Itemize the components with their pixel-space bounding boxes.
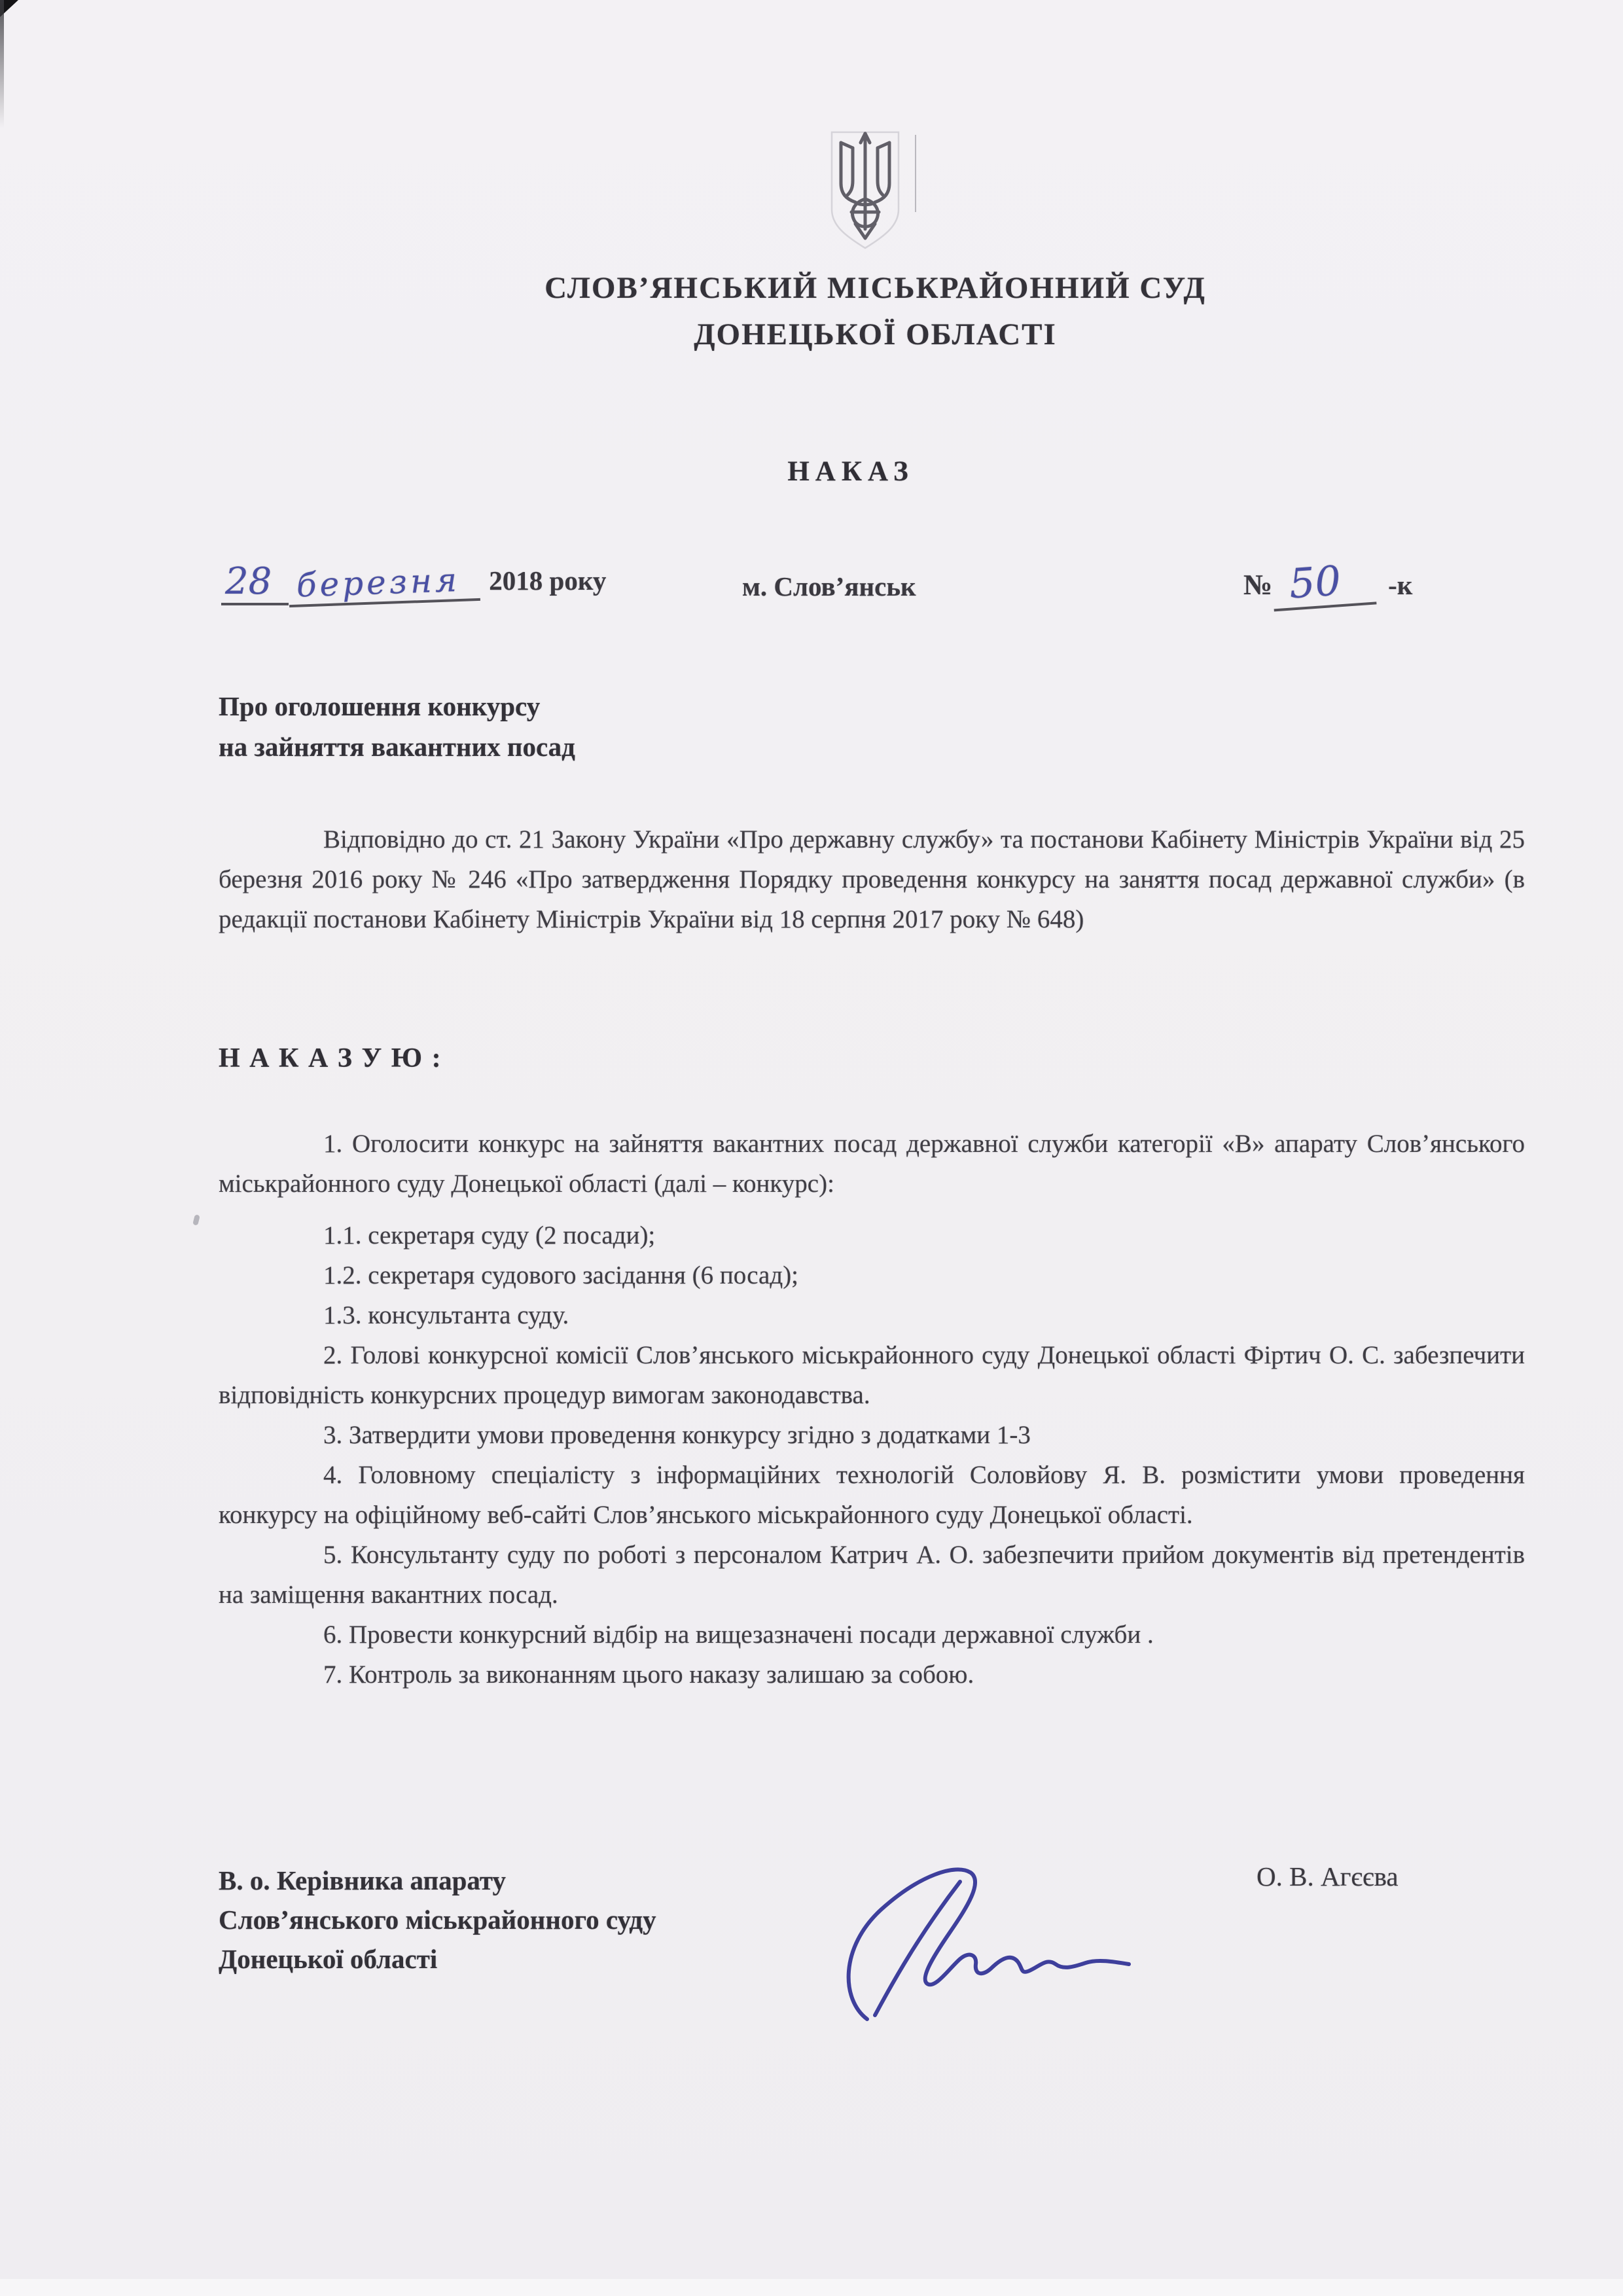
court-name-line2: ДОНЕЦЬКОЇ ОБЛАСТІ — [128, 312, 1623, 358]
number-sign: № — [1243, 568, 1272, 601]
signatory-position: В. о. Керівника апарату Слов’янського мі… — [219, 1861, 656, 1979]
signee-name: О. В. Агєєва — [1257, 1861, 1399, 1892]
handwritten-day: 28 — [221, 560, 289, 605]
order-item-3: 3. Затвердити умови проведення конкурсу … — [219, 1415, 1525, 1455]
signatory-position-line2: Слов’янського міськрайонного суду — [219, 1900, 656, 1939]
order-item-2: 2. Голові конкурсної комісії Слов’янсько… — [219, 1335, 1525, 1415]
number-suffix: -к — [1388, 569, 1412, 601]
court-name: СЛОВ’ЯНСЬКИЙ МІСЬКРАЙОННИЙ СУД ДОНЕЦЬКОЇ… — [0, 265, 1623, 358]
order-item-4: 4. Головному спеціалісту з інформаційних… — [219, 1455, 1525, 1535]
order-items-list: 1. Оголосити конкурс на зайняття вакантн… — [219, 1124, 1525, 1695]
handwritten-signature-icon — [821, 1862, 1162, 2032]
year-label: 2018 року — [489, 565, 606, 596]
scan-line-artifact — [915, 135, 916, 212]
handwritten-order-number: 50 — [1271, 554, 1377, 612]
order-item-5: 5. Консультанту суду по роботі з персона… — [219, 1535, 1525, 1615]
tryzub-emblem-icon — [822, 126, 908, 257]
document-type-title: НАКАЗ — [0, 456, 1623, 488]
order-number-group: № 50 -к — [1243, 556, 1412, 607]
order-keyword: Н А К А З У Ю : — [219, 1043, 442, 1074]
order-item-6: 6. Провести конкурсний відбір на вищезаз… — [219, 1615, 1525, 1655]
order-item-1: 1. Оголосити конкурс на зайняття вакантн… — [219, 1124, 1525, 1204]
subject-line2: на зайняття вакантних посад — [219, 726, 575, 767]
scan-speck — [192, 1214, 200, 1225]
order-item-1-1: 1.1. секретаря суду (2 посади); — [219, 1215, 1525, 1255]
scanned-order-document: СЛОВ’ЯНСЬКИЙ МІСЬКРАЙОННИЙ СУД ДОНЕЦЬКОЇ… — [0, 0, 1623, 2296]
subject-line1: Про оголошення конкурсу — [219, 686, 575, 726]
order-item-7: 7. Контроль за виконанням цього наказу з… — [219, 1655, 1525, 1695]
signatory-position-line1: В. о. Керівника апарату — [219, 1861, 656, 1900]
date-group: 28 березня 2018 року — [221, 556, 606, 601]
subject-heading: Про оголошення конкурсу на зайняття вака… — [219, 686, 575, 767]
scan-edge-shadow — [0, 0, 4, 128]
scan-bottom-edge — [0, 2279, 1623, 2296]
order-item-1-3: 1.3. консультанта суду. — [219, 1295, 1525, 1335]
handwritten-month: березня — [288, 560, 480, 607]
signatory-position-line3: Донецької області — [219, 1939, 656, 1979]
city-label: м. Слов’янськ — [742, 571, 916, 602]
order-item-1-2: 1.2. секретаря судового засідання (6 пос… — [219, 1255, 1525, 1295]
intro-paragraph: Відповідно до ст. 21 Закону України «Про… — [219, 819, 1525, 939]
court-name-line1: СЛОВ’ЯНСЬКИЙ МІСЬКРАЙОННИЙ СУД — [128, 265, 1623, 312]
date-number-row: 28 березня 2018 року м. Слов’янськ № 50 … — [0, 556, 1623, 628]
